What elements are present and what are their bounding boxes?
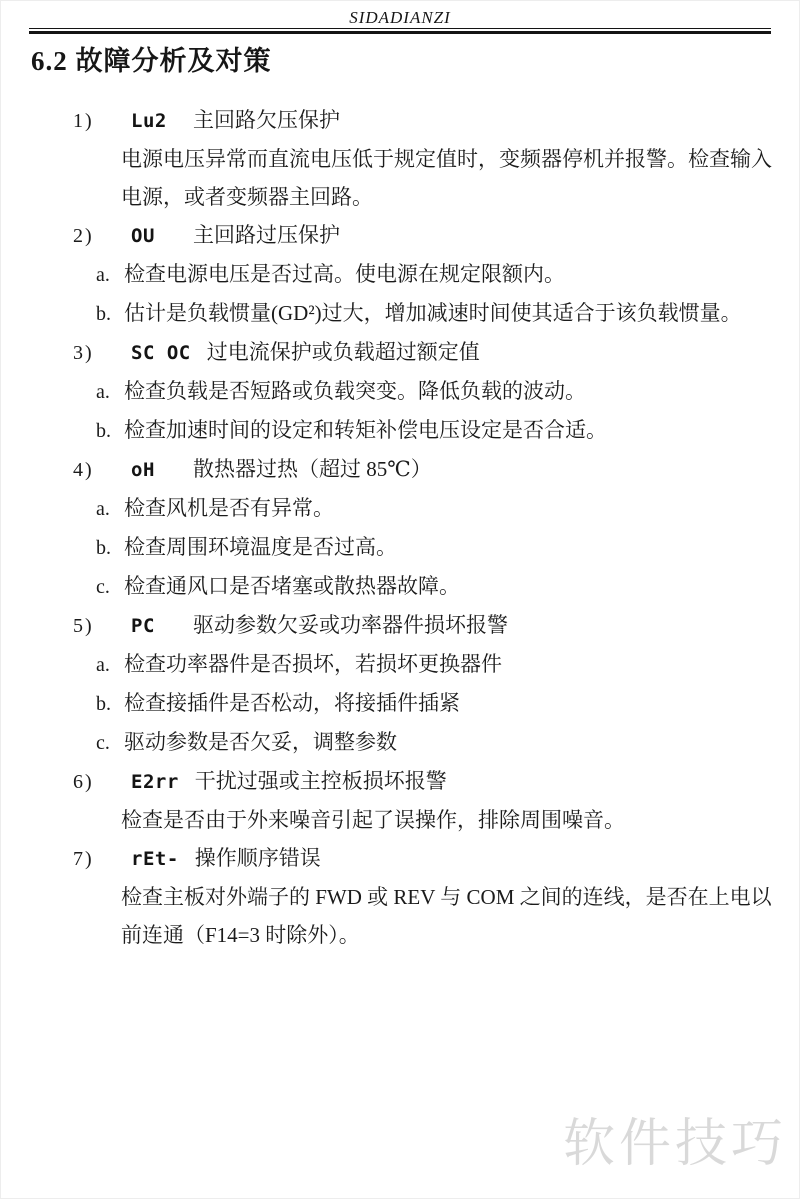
fault-item: 4)oH散热器过热（超过 85℃） a.检查风机是否有异常。 b.检查周围环境温… — [1, 450, 799, 606]
section-title: 6.2 故障分析及对策 — [31, 44, 799, 78]
sub-item-text: 驱动参数是否欠妥，调整参数 — [124, 730, 397, 754]
watermark-text: 软件技巧 — [563, 1101, 787, 1176]
sub-item-letter: a. — [96, 490, 124, 528]
item-number: 7) — [73, 840, 131, 878]
sub-item-letter: b. — [96, 295, 124, 333]
sub-item: a.检查功率器件是否损坏，若损坏更换器件 — [1, 645, 799, 684]
fault-item-heading: 2)OU主回路过压保护 — [1, 216, 799, 255]
page-header: SIDADIANZI — [1, 1, 799, 34]
sub-item-text: 检查周围环境温度是否过高。 — [124, 535, 397, 559]
fault-paragraph: 前连通（F14=3 时除外）。 — [121, 916, 799, 954]
fault-title: 主回路过压保护 — [193, 223, 340, 247]
fault-code: Lu2 — [131, 102, 177, 140]
sub-item: b.检查周围环境温度是否过高。 — [1, 528, 799, 567]
sub-item-letter: a. — [96, 373, 124, 411]
fault-code: E2rr — [131, 763, 179, 801]
fault-paragraph: 电源电压异常而直流电压低于规定值时，变频器停机并报警。检查输入 — [121, 140, 799, 178]
sub-item-text: 检查负载是否短路或负载突变。降低负载的波动。 — [124, 379, 586, 403]
fault-item: 2)OU主回路过压保护 a.检查电源电压是否过高。使电源在规定限额内。 b.估计… — [1, 216, 799, 333]
fault-paragraph: 检查主板对外端子的 FWD 或 REV 与 COM 之间的连线，是否在上电以 — [121, 878, 799, 916]
sub-item: b.检查接插件是否松动，将接插件插紧 — [1, 684, 799, 723]
fault-item-heading: 4)oH散热器过热（超过 85℃） — [1, 450, 799, 489]
sub-item-text: 检查接插件是否松动，将接插件插紧 — [124, 691, 460, 715]
header-rule-thin — [29, 28, 771, 29]
item-number: 1) — [73, 102, 131, 140]
sub-item: a.检查风机是否有异常。 — [1, 489, 799, 528]
fault-item: 5)PC驱动参数欠妥或功率器件损坏报警 a.检查功率器件是否损坏，若损坏更换器件… — [1, 606, 799, 762]
sub-item: a.检查负载是否短路或负载突变。降低负载的波动。 — [1, 372, 799, 411]
fault-title: 操作顺序错误 — [195, 846, 321, 870]
sub-item: c.驱动参数是否欠妥，调整参数 — [1, 723, 799, 762]
item-number: 6) — [73, 763, 131, 801]
brand-text: SIDADIANZI — [1, 7, 799, 28]
sub-item: a.检查电源电压是否过高。使电源在规定限额内。 — [1, 255, 799, 294]
fault-code: rEt- — [131, 840, 179, 878]
sub-item-letter: b. — [96, 685, 124, 723]
fault-item: 1)Lu2主回路欠压保护 电源电压异常而直流电压低于规定值时，变频器停机并报警。… — [1, 101, 799, 216]
sub-item-text: 检查电源电压是否过高。使电源在规定限额内。 — [124, 262, 565, 286]
fault-title: 散热器过热（超过 85℃） — [193, 457, 432, 481]
fault-title: 主回路欠压保护 — [193, 108, 340, 132]
fault-code: SC OC — [131, 334, 191, 372]
fault-code: PC — [131, 607, 177, 645]
sub-item-letter: b. — [96, 412, 124, 450]
fault-code: OU — [131, 217, 177, 255]
sub-item: b.估计是负载惯量(GD²)过大，增加减速时间使其适合于该负载惯量。 — [1, 294, 799, 333]
sub-item-letter: a. — [96, 256, 124, 294]
item-number: 2) — [73, 217, 131, 255]
sub-item-letter: a. — [96, 646, 124, 684]
fault-title: 驱动参数欠妥或功率器件损坏报警 — [193, 613, 508, 637]
fault-title: 过电流保护或负载超过额定值 — [207, 340, 480, 364]
fault-item-heading: 5)PC驱动参数欠妥或功率器件损坏报警 — [1, 606, 799, 645]
fault-title: 干扰过强或主控板损坏报警 — [195, 769, 447, 793]
sub-item-text: 检查加速时间的设定和转矩补偿电压设定是否合适。 — [124, 418, 607, 442]
item-number: 3) — [73, 334, 131, 372]
fault-item: 6)E2rr干扰过强或主控板损坏报警 检查是否由于外来噪音引起了误操作，排除周围… — [1, 762, 799, 839]
sub-item: b.检查加速时间的设定和转矩补偿电压设定是否合适。 — [1, 411, 799, 450]
fault-item: 3)SC OC过电流保护或负载超过额定值 a.检查负载是否短路或负载突变。降低负… — [1, 333, 799, 450]
document-page: SIDADIANZI 6.2 故障分析及对策 1)Lu2主回路欠压保护 电源电压… — [0, 0, 800, 1199]
fault-paragraph: 电源，或者变频器主回路。 — [121, 178, 799, 216]
fault-item-heading: 7)rEt-操作顺序错误 — [1, 839, 799, 878]
sub-item-text: 检查通风口是否堵塞或散热器故障。 — [124, 574, 460, 598]
sub-item-letter: c. — [96, 568, 124, 606]
fault-paragraph: 检查是否由于外来噪音引起了误操作，排除周围噪音。 — [121, 801, 799, 839]
fault-item-heading: 3)SC OC过电流保护或负载超过额定值 — [1, 333, 799, 372]
fault-code: oH — [131, 451, 177, 489]
fault-item-heading: 1)Lu2主回路欠压保护 — [1, 101, 799, 140]
item-number: 5) — [73, 607, 131, 645]
sub-item-letter: c. — [96, 724, 124, 762]
fault-list: 1)Lu2主回路欠压保护 电源电压异常而直流电压低于规定值时，变频器停机并报警。… — [1, 101, 799, 954]
fault-item-heading: 6)E2rr干扰过强或主控板损坏报警 — [1, 762, 799, 801]
sub-item-text: 检查风机是否有异常。 — [124, 496, 334, 520]
fault-item: 7)rEt-操作顺序错误 检查主板对外端子的 FWD 或 REV 与 COM 之… — [1, 839, 799, 954]
sub-item-text: 检查功率器件是否损坏，若损坏更换器件 — [124, 652, 502, 676]
sub-item-text: 估计是负载惯量(GD²)过大，增加减速时间使其适合于该负载惯量。 — [124, 301, 742, 325]
sub-item-letter: b. — [96, 529, 124, 567]
header-rule-thick — [29, 31, 771, 34]
sub-item: c.检查通风口是否堵塞或散热器故障。 — [1, 567, 799, 606]
item-number: 4) — [73, 451, 131, 489]
